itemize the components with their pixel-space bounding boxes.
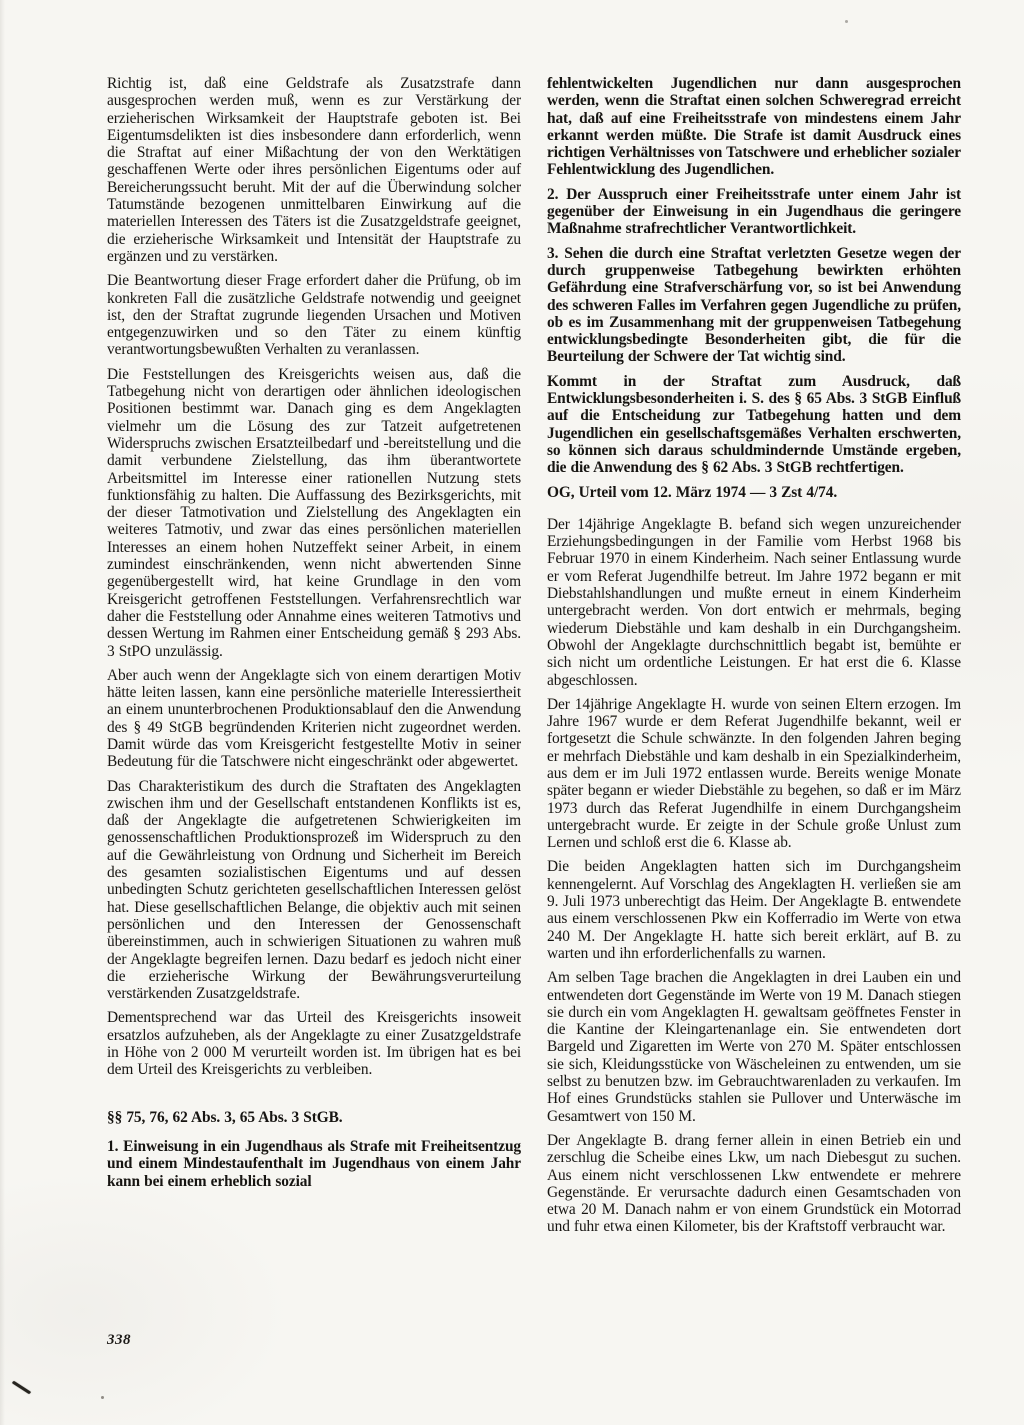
- body-paragraph: Der 14jährige Angeklagte H. wurde von se…: [547, 696, 961, 852]
- body-paragraph: Die Beantwortung dieser Frage erfordert …: [107, 272, 521, 358]
- ink-speck: [101, 1396, 104, 1399]
- body-paragraph: Das Charakteristikum des durch die Straf…: [107, 778, 521, 1003]
- headnote-paragraph: fehlentwickelten Jugendlichen nur dann a…: [547, 75, 961, 179]
- headnote-paragraph: 3. Sehen die durch eine Straftat verletz…: [547, 245, 961, 366]
- ink-speck: [845, 20, 848, 23]
- scanned-page: Richtig ist, daß eine Geldstrafe als Zus…: [0, 0, 1024, 1425]
- body-paragraph: Am selben Tage brachen die Angeklagten i…: [547, 969, 961, 1125]
- body-paragraph: Richtig ist, daß eine Geldstrafe als Zus…: [107, 75, 521, 265]
- headnote-paragraph: 1. Einweisung in ein Jugendhaus als Stra…: [107, 1138, 521, 1190]
- body-paragraph: Der Angeklagte B. drang ferner allein in…: [547, 1132, 961, 1236]
- page-number: 338: [107, 1332, 131, 1349]
- case-citation: OG, Urteil vom 12. März 1974 — 3 Zst 4/7…: [547, 484, 961, 501]
- right-column: fehlentwickelten Jugendlichen nur dann a…: [547, 75, 961, 1243]
- page-gutter-shadow: [0, 0, 5, 1425]
- body-paragraph: Die Feststellungen des Kreisgerichts wei…: [107, 366, 521, 660]
- pen-mark: [12, 1381, 31, 1395]
- headnote-paragraph: Kommt in der Straftat zum Ausdruck, daß …: [547, 373, 961, 477]
- body-paragraph: Aber auch wenn der Angeklagte sich von e…: [107, 667, 521, 771]
- body-paragraph: Der 14jährige Angeklagte B. befand sich …: [547, 516, 961, 689]
- left-column: Richtig ist, daß eine Geldstrafe als Zus…: [107, 75, 521, 1197]
- body-paragraph: Dementsprechend war das Urteil des Kreis…: [107, 1009, 521, 1078]
- statute-heading: §§ 75, 76, 62 Abs. 3, 65 Abs. 3 StGB.: [107, 1109, 521, 1126]
- body-paragraph: Die beiden Angeklagten hatten sich im Du…: [547, 858, 961, 962]
- headnote-paragraph: 2. Der Ausspruch einer Freiheitsstrafe u…: [547, 186, 961, 238]
